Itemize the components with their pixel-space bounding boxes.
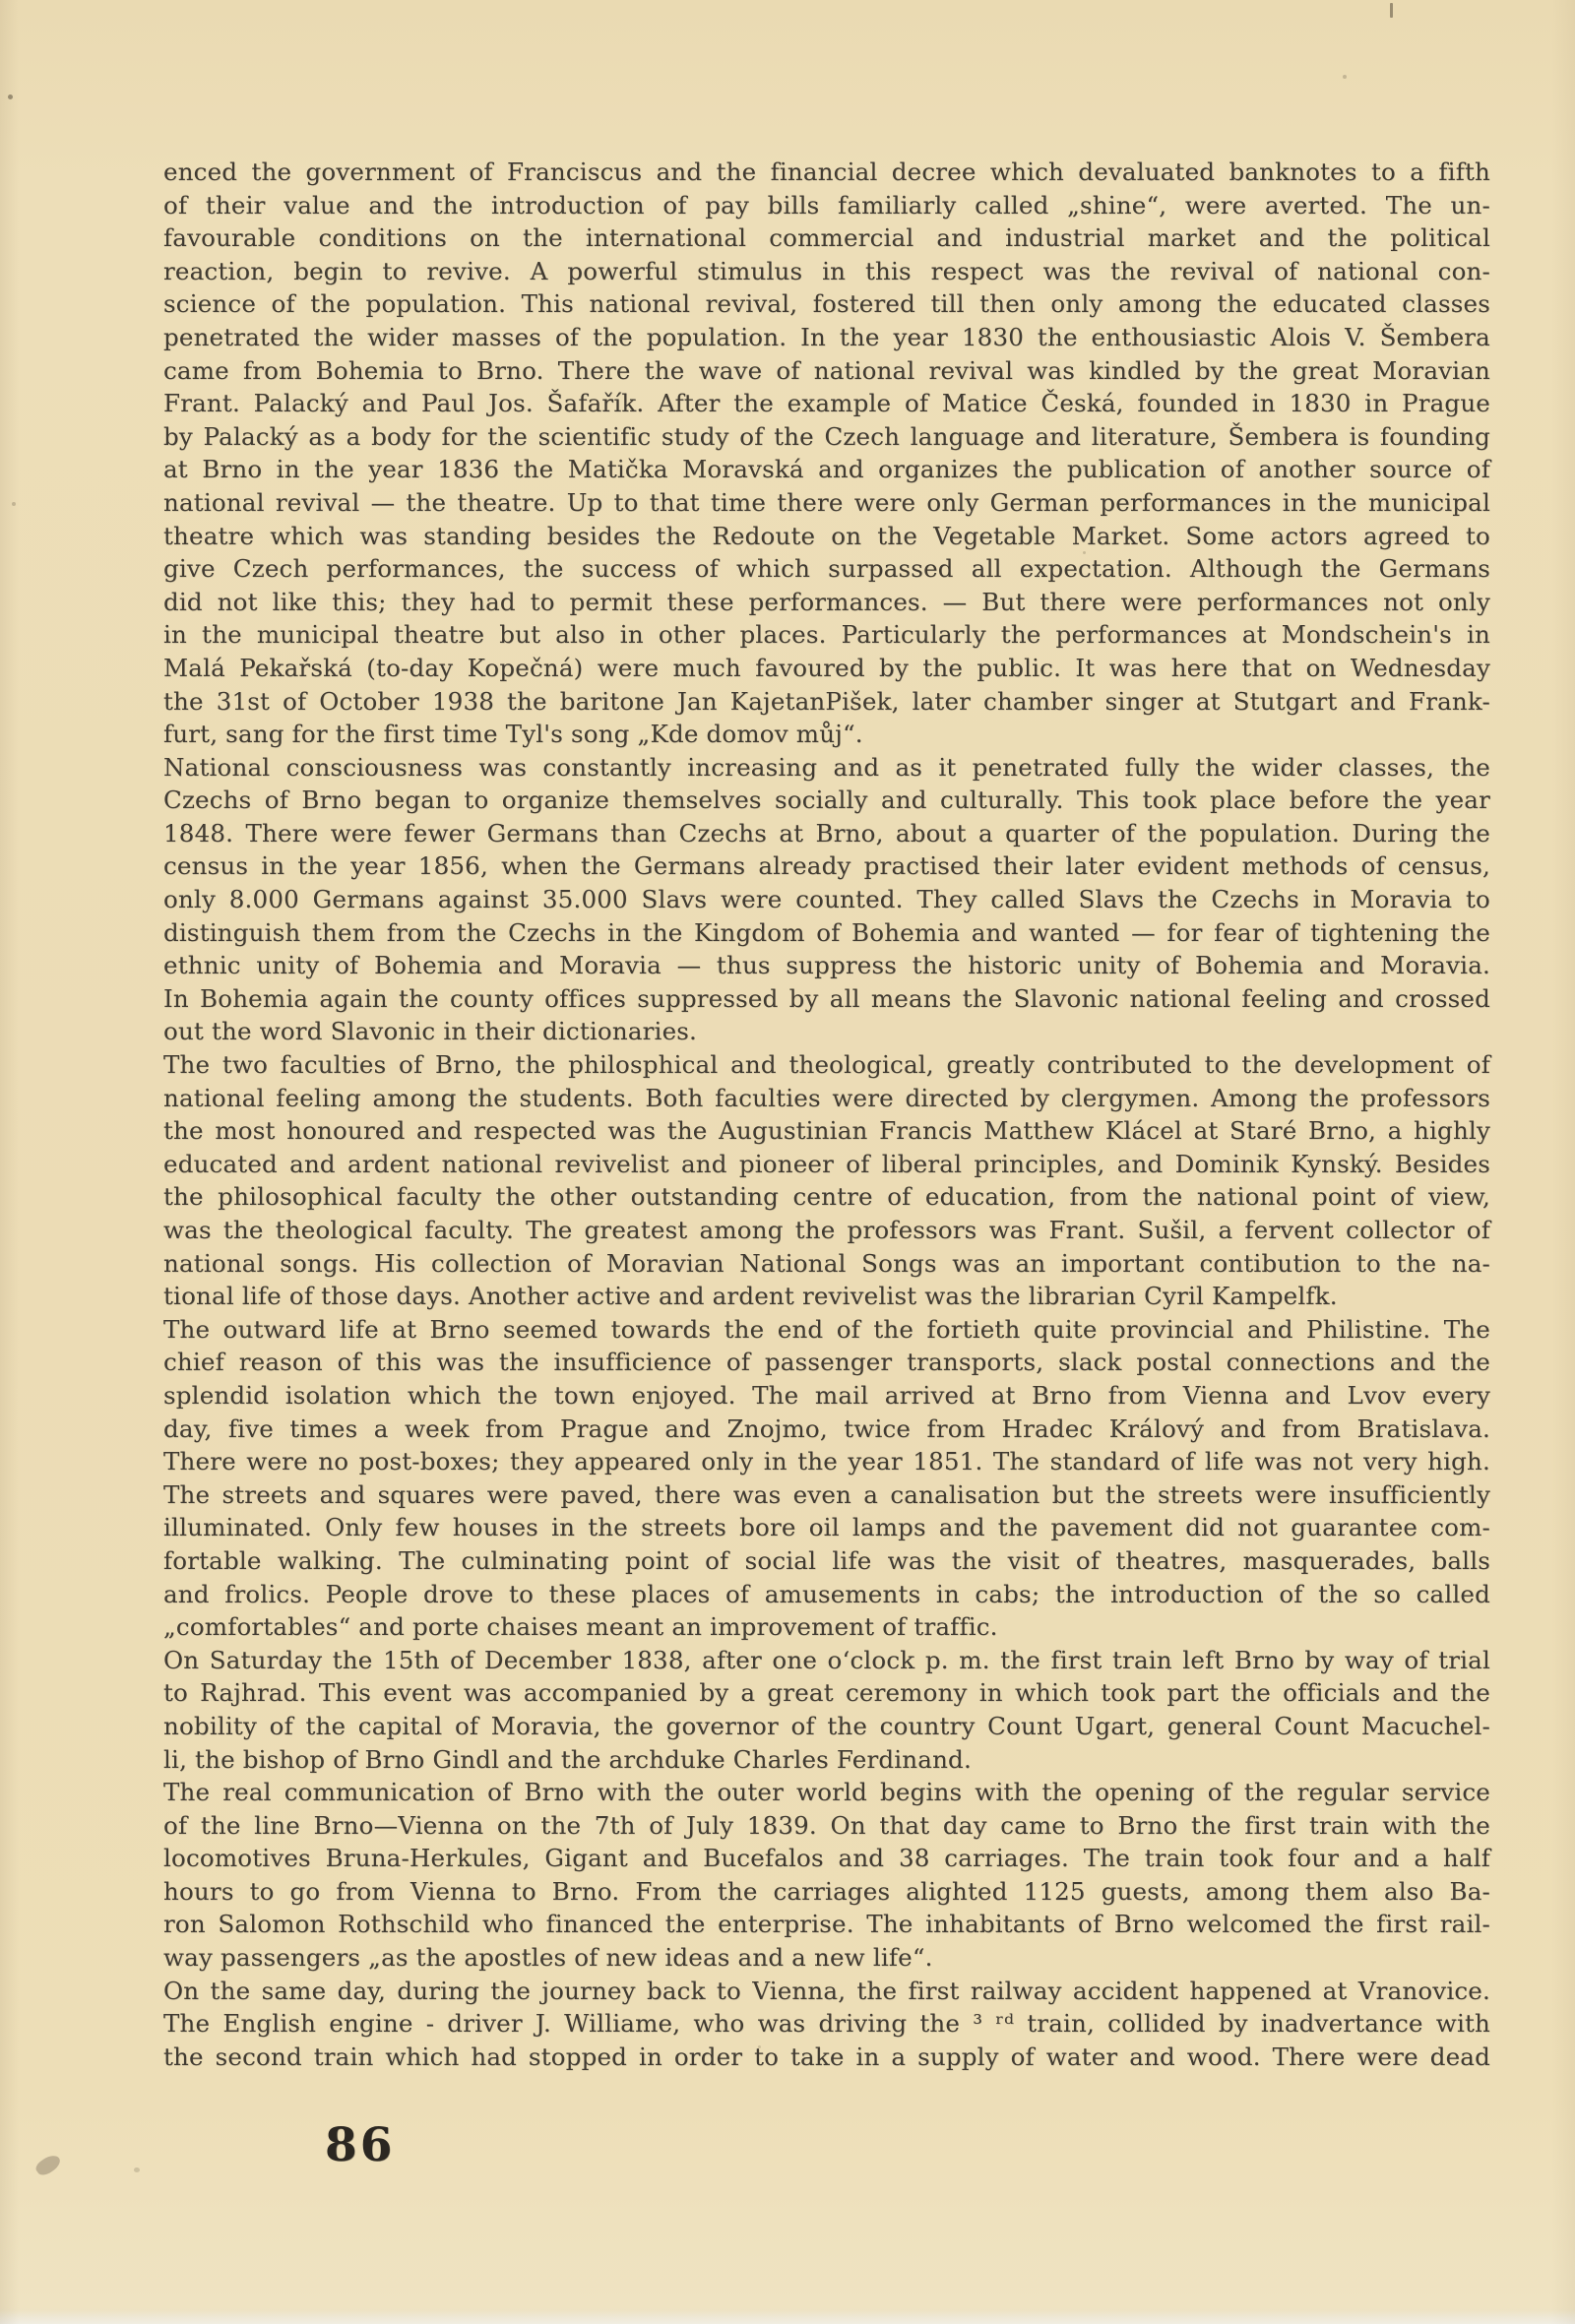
text-line: educated and ardent national revivelist … [163,1148,1490,1181]
book-page: enced the government of Franciscus and t… [0,0,1575,2324]
text-line: The real communication of Brno with the … [163,1776,1490,1809]
text-line: chief reason of this was the insufficien… [163,1346,1490,1379]
text-line: the philosophical faculty the other outs… [163,1180,1490,1214]
text-line: The two faculties of Brno, the philosphi… [163,1048,1490,1082]
text-line: ron Salomon Rothschild who financed the … [163,1908,1490,1941]
text-line: in the municipal theatre but also in oth… [163,618,1490,652]
text-line: On the same day, during the journey back… [163,1975,1490,2008]
text-line: census in the year 1856, when the German… [163,849,1490,883]
paper-speck [758,2045,761,2048]
paper-smudge [33,2152,63,2178]
text-line: distinguish them from the Czechs in the … [163,916,1490,950]
text-line: splendid isolation which the town enjoye… [163,1379,1490,1413]
page-text: enced the government of Franciscus and t… [163,156,1490,2073]
text-line: „comfortables“ and porte chaises meant a… [163,1610,1490,1644]
text-line: Czechs of Brno began to organize themsel… [163,784,1490,817]
text-line: In Bohemia again the county offices supp… [163,982,1490,1016]
text-line: 1848. There were fewer Germans than Czec… [163,817,1490,850]
text-line: to Rajhrad. This event was accompanied b… [163,1676,1490,1710]
text-line: did not like this; they had to permit th… [163,586,1490,619]
text-line: The streets and squares were paved, ther… [163,1478,1490,1512]
text-line: There were no post-boxes; they appeared … [163,1445,1490,1478]
text-line: national feeling among the students. Bot… [163,1082,1490,1115]
paper-speck [12,502,16,506]
text-line: day, five times a week from Prague and Z… [163,1413,1490,1446]
text-line: reaction, begin to revive. A powerful st… [163,255,1490,288]
text-line: the second train which had stopped in or… [163,2041,1490,2074]
text-line: was the theological faculty. The greates… [163,1214,1490,1247]
text-line: On Saturday the 15th of December 1838, a… [163,1644,1490,1677]
text-line: National consciousness was constantly in… [163,751,1490,785]
text-line: and frolics. People drove to these place… [163,1578,1490,1611]
text-line: li, the bishop of Brno Gindl and the arc… [163,1743,1490,1777]
text-line: enced the government of Franciscus and t… [163,156,1490,189]
text-line: Malá Pekařská (to-day Kopečná) were much… [163,652,1490,685]
paper-speck [1083,551,1086,554]
text-line: the most honoured and respected was the … [163,1114,1490,1148]
text-line: favourable conditions on the internation… [163,221,1490,255]
text-line: Frant. Palacký and Paul Jos. Šafařík. Af… [163,387,1490,420]
text-line: of the line Brno—Vienna on the 7th of Ju… [163,1809,1490,1843]
text-line: theatre which was standing besides the R… [163,520,1490,553]
text-line: The outward life at Brno seemed towards … [163,1313,1490,1347]
text-line: science of the population. This national… [163,287,1490,321]
text-line: The English engine - driver J. Williame,… [163,2007,1490,2041]
scan-mark [1390,3,1393,18]
text-line: furt, sang for the first time Tyl's song… [163,718,1490,751]
text-line: only 8.000 Germans against 35.000 Slavs … [163,883,1490,916]
text-line: locomotives Bruna-Herkules, Gigant and B… [163,1842,1490,1875]
paper-speck [1343,75,1347,79]
text-line: by Palacký as a body for the scientific … [163,420,1490,454]
text-line: tional life of those days. Another activ… [163,1280,1490,1313]
text-line: ethnic unity of Bohemia and Moravia — th… [163,949,1490,982]
text-line: nobility of the capital of Moravia, the … [163,1710,1490,1743]
text-line: illuminated. Only few houses in the stre… [163,1511,1490,1544]
text-line: give Czech performances, the success of … [163,552,1490,586]
text-line: the 31st of October 1938 the baritone Ja… [163,685,1490,719]
text-line: at Brno in the year 1836 the Matička Mor… [163,453,1490,486]
text-line: out the word Slavonic in their dictionar… [163,1015,1490,1048]
text-line: national songs. His collection of Moravi… [163,1247,1490,1281]
paper-speck [8,94,13,99]
text-line: of their value and the introduction of p… [163,189,1490,222]
text-line: came from Bohemia to Brno. There the wav… [163,354,1490,388]
text-line: way passengers „as the apostles of new i… [163,1941,1490,1975]
text-line: national revival — the theatre. Up to th… [163,486,1490,520]
text-line: fortable walking. The culminating point … [163,1544,1490,1578]
text-line: penetrated the wider masses of the popul… [163,321,1490,354]
text-line: hours to go from Vienna to Brno. From th… [163,1875,1490,1909]
page-number: 86 [325,2118,395,2172]
paper-speck [134,2167,140,2172]
